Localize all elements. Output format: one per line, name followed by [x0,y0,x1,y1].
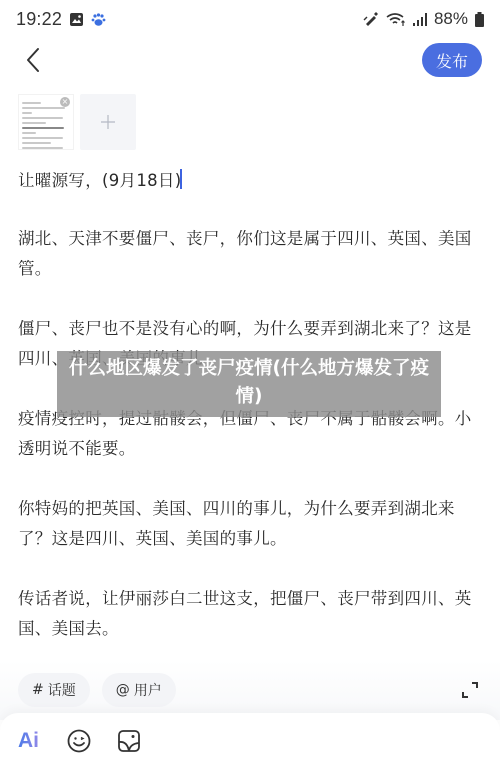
publish-button[interactable]: 发布 [422,43,482,77]
hashtag-icon: # [32,682,44,698]
expand-icon [460,680,480,700]
battery-percent: 88% [434,9,468,29]
emoji-button[interactable] [66,728,92,754]
remove-image-button[interactable]: × [60,97,70,107]
user-label: 用户 [134,680,162,700]
status-time: 19:22 [16,9,62,30]
stylus-icon [363,11,379,27]
signal-icon [413,13,427,26]
ai-assistant-button[interactable]: Ai [18,729,42,753]
wifi-icon [386,12,406,27]
plus-icon [100,114,116,130]
gallery-notification-icon [69,12,84,27]
editor-paragraph: 你特妈的把英国、美国、四川的事儿，为什么要弄到湖北来了？这是四川、英国、美国的事… [18,494,480,554]
insert-image-button[interactable] [116,728,142,754]
image-icon [117,729,141,753]
headline-overlay-banner: 什么地区爆发了丧尸疫情(什么地方爆发了疫情) [57,351,441,417]
attached-image-thumbnail[interactable]: × [18,94,74,150]
media-attachments: × [18,94,136,150]
mention-user-chip[interactable]: @ 用户 [102,673,176,707]
editor-paragraph: 让曜源写，(9月18日) [18,166,480,196]
post-content-editor[interactable]: 让曜源写，(9月18日) 湖北、天津不要僵尸、丧尸，你们这是属于四川、英国、美国… [18,166,480,674]
editor-header: 发布 [0,40,500,80]
baidu-paw-icon [91,12,106,27]
emoji-icon [67,729,91,753]
chevron-left-icon [25,47,41,73]
text-cursor [180,169,182,189]
at-icon: @ [116,682,130,698]
tag-chips-row: # 话题 @ 用户 [18,672,482,708]
editor-paragraph: 湖北、天津不要僵尸、丧尸，你们这是属于四川、英国、美国管。 [18,224,480,284]
add-media-button[interactable] [80,94,136,150]
expand-editor-button[interactable] [458,678,482,702]
battery-icon [475,12,484,27]
close-icon: × [62,97,69,106]
topic-chip[interactable]: # 话题 [18,673,90,707]
back-button[interactable] [18,42,48,78]
topic-label: 话题 [48,680,76,700]
bottom-toolbar: Ai [0,713,500,769]
post-editor-screen: 19:22 88% [0,0,500,769]
status-bar: 19:22 88% [0,0,500,38]
editor-paragraph: 传话者说，让伊丽莎白二世这支，把僵尸、丧尸带到四川、英国、美国去。 [18,584,480,644]
